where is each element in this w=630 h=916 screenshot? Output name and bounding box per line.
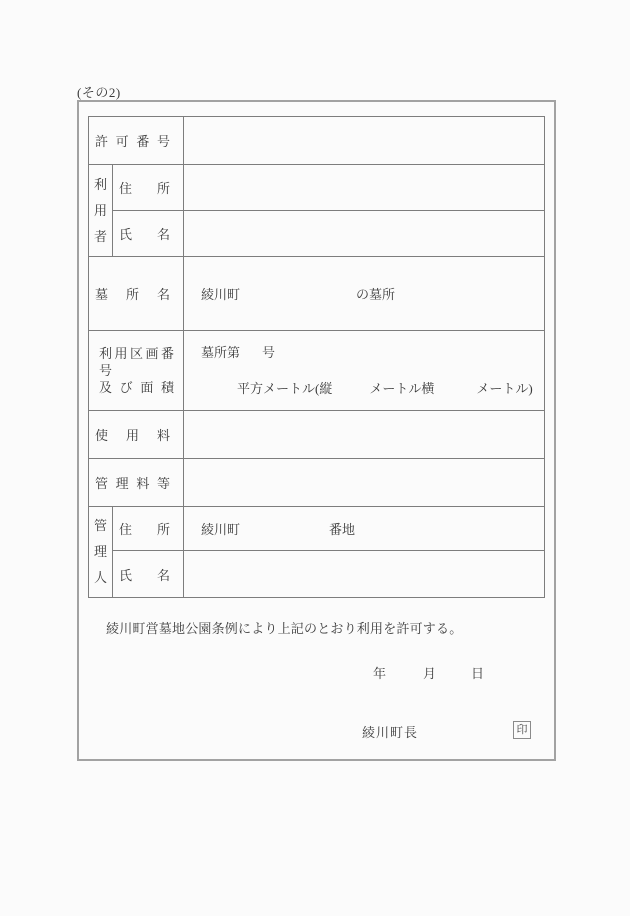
usage-fee-label: 使 用 料	[89, 411, 184, 459]
permit-number-label: 許 可 番 号	[89, 117, 184, 165]
section-area-label: 利用区画番号 及 び 面 積	[89, 331, 184, 411]
usage-fee-value	[184, 411, 545, 459]
area-meter-close: メートル)	[476, 381, 532, 396]
table-row-mausoleum-name: 墓 所 名 綾川町の墓所	[89, 257, 545, 331]
manager-address-value: 綾川町番地	[184, 507, 545, 551]
permit-number-value	[184, 117, 545, 165]
manager-group-label: 管 理 人	[89, 507, 113, 598]
section-area-label-line1: 利用区画番号	[90, 345, 182, 379]
date-line: 年月日	[373, 663, 484, 682]
mausoleum-suffix: の墓所	[356, 287, 395, 302]
table-row-user-address: 利 用 者 住 所	[89, 165, 545, 211]
seal-character: 印	[517, 724, 528, 736]
manager-address-label: 住 所	[113, 507, 184, 551]
seal-stamp: 印	[513, 721, 531, 739]
mayor-title: 綾川町長	[362, 722, 418, 741]
area-meter-width: メートル横	[369, 381, 434, 396]
user-name-label: 氏 名	[113, 211, 184, 257]
mausoleum-name-label: 墓 所 名	[89, 257, 184, 331]
plot-number-line: 墓所第号	[201, 335, 540, 371]
management-fee-value	[184, 459, 545, 507]
plot-number-prefix: 墓所第	[201, 345, 240, 360]
table-row-manager-address: 管 理 人 住 所 綾川町番地	[89, 507, 545, 551]
manager-name-value	[184, 551, 545, 598]
table-row-permit-number: 許 可 番 号	[89, 117, 545, 165]
user-group-label: 利 用 者	[89, 165, 113, 257]
table-row-section-area: 利用区画番号 及 び 面 積 墓所第号 平方メートル(縦メートル横メートル)	[89, 331, 545, 411]
table-row-user-name: 氏 名	[89, 211, 545, 257]
year-label: 年	[373, 666, 386, 681]
management-fee-label: 管 理 料 等	[89, 459, 184, 507]
area-sqm-open: 平方メートル(縦	[237, 381, 332, 396]
plot-number-unit: 号	[262, 345, 275, 360]
day-label: 日	[471, 666, 484, 681]
manager-banchi-suffix: 番地	[329, 522, 355, 537]
table-row-usage-fee: 使 用 料	[89, 411, 545, 459]
corner-label: (その2)	[77, 82, 121, 101]
manager-name-label: 氏 名	[113, 551, 184, 598]
table-row-management-fee: 管 理 料 等	[89, 459, 545, 507]
month-label: 月	[423, 666, 436, 681]
user-address-value	[184, 165, 545, 211]
mausoleum-town-prefix: 綾川町	[201, 287, 240, 302]
mausoleum-name-value: 綾川町の墓所	[184, 257, 545, 331]
user-address-label: 住 所	[113, 165, 184, 211]
manager-town-prefix: 綾川町	[201, 522, 240, 537]
permit-form-table: 許 可 番 号 利 用 者 住 所 氏 名 墓 所 名 綾川町の墓所 利用区	[88, 116, 545, 598]
table-row-manager-name: 氏 名	[89, 551, 545, 598]
scanned-form-page: (その2) 許 可 番 号 利 用 者 住 所 氏 名 墓 所 名	[0, 0, 630, 916]
user-name-value	[184, 211, 545, 257]
section-area-label-line2: 及 び 面 積	[90, 379, 182, 396]
permission-statement: 綾川町営墓地公園条例により上記のとおり利用を許可する。	[106, 618, 462, 637]
section-area-value: 墓所第号 平方メートル(縦メートル横メートル)	[184, 331, 545, 411]
area-dimensions-line: 平方メートル(縦メートル横メートル)	[201, 371, 540, 407]
